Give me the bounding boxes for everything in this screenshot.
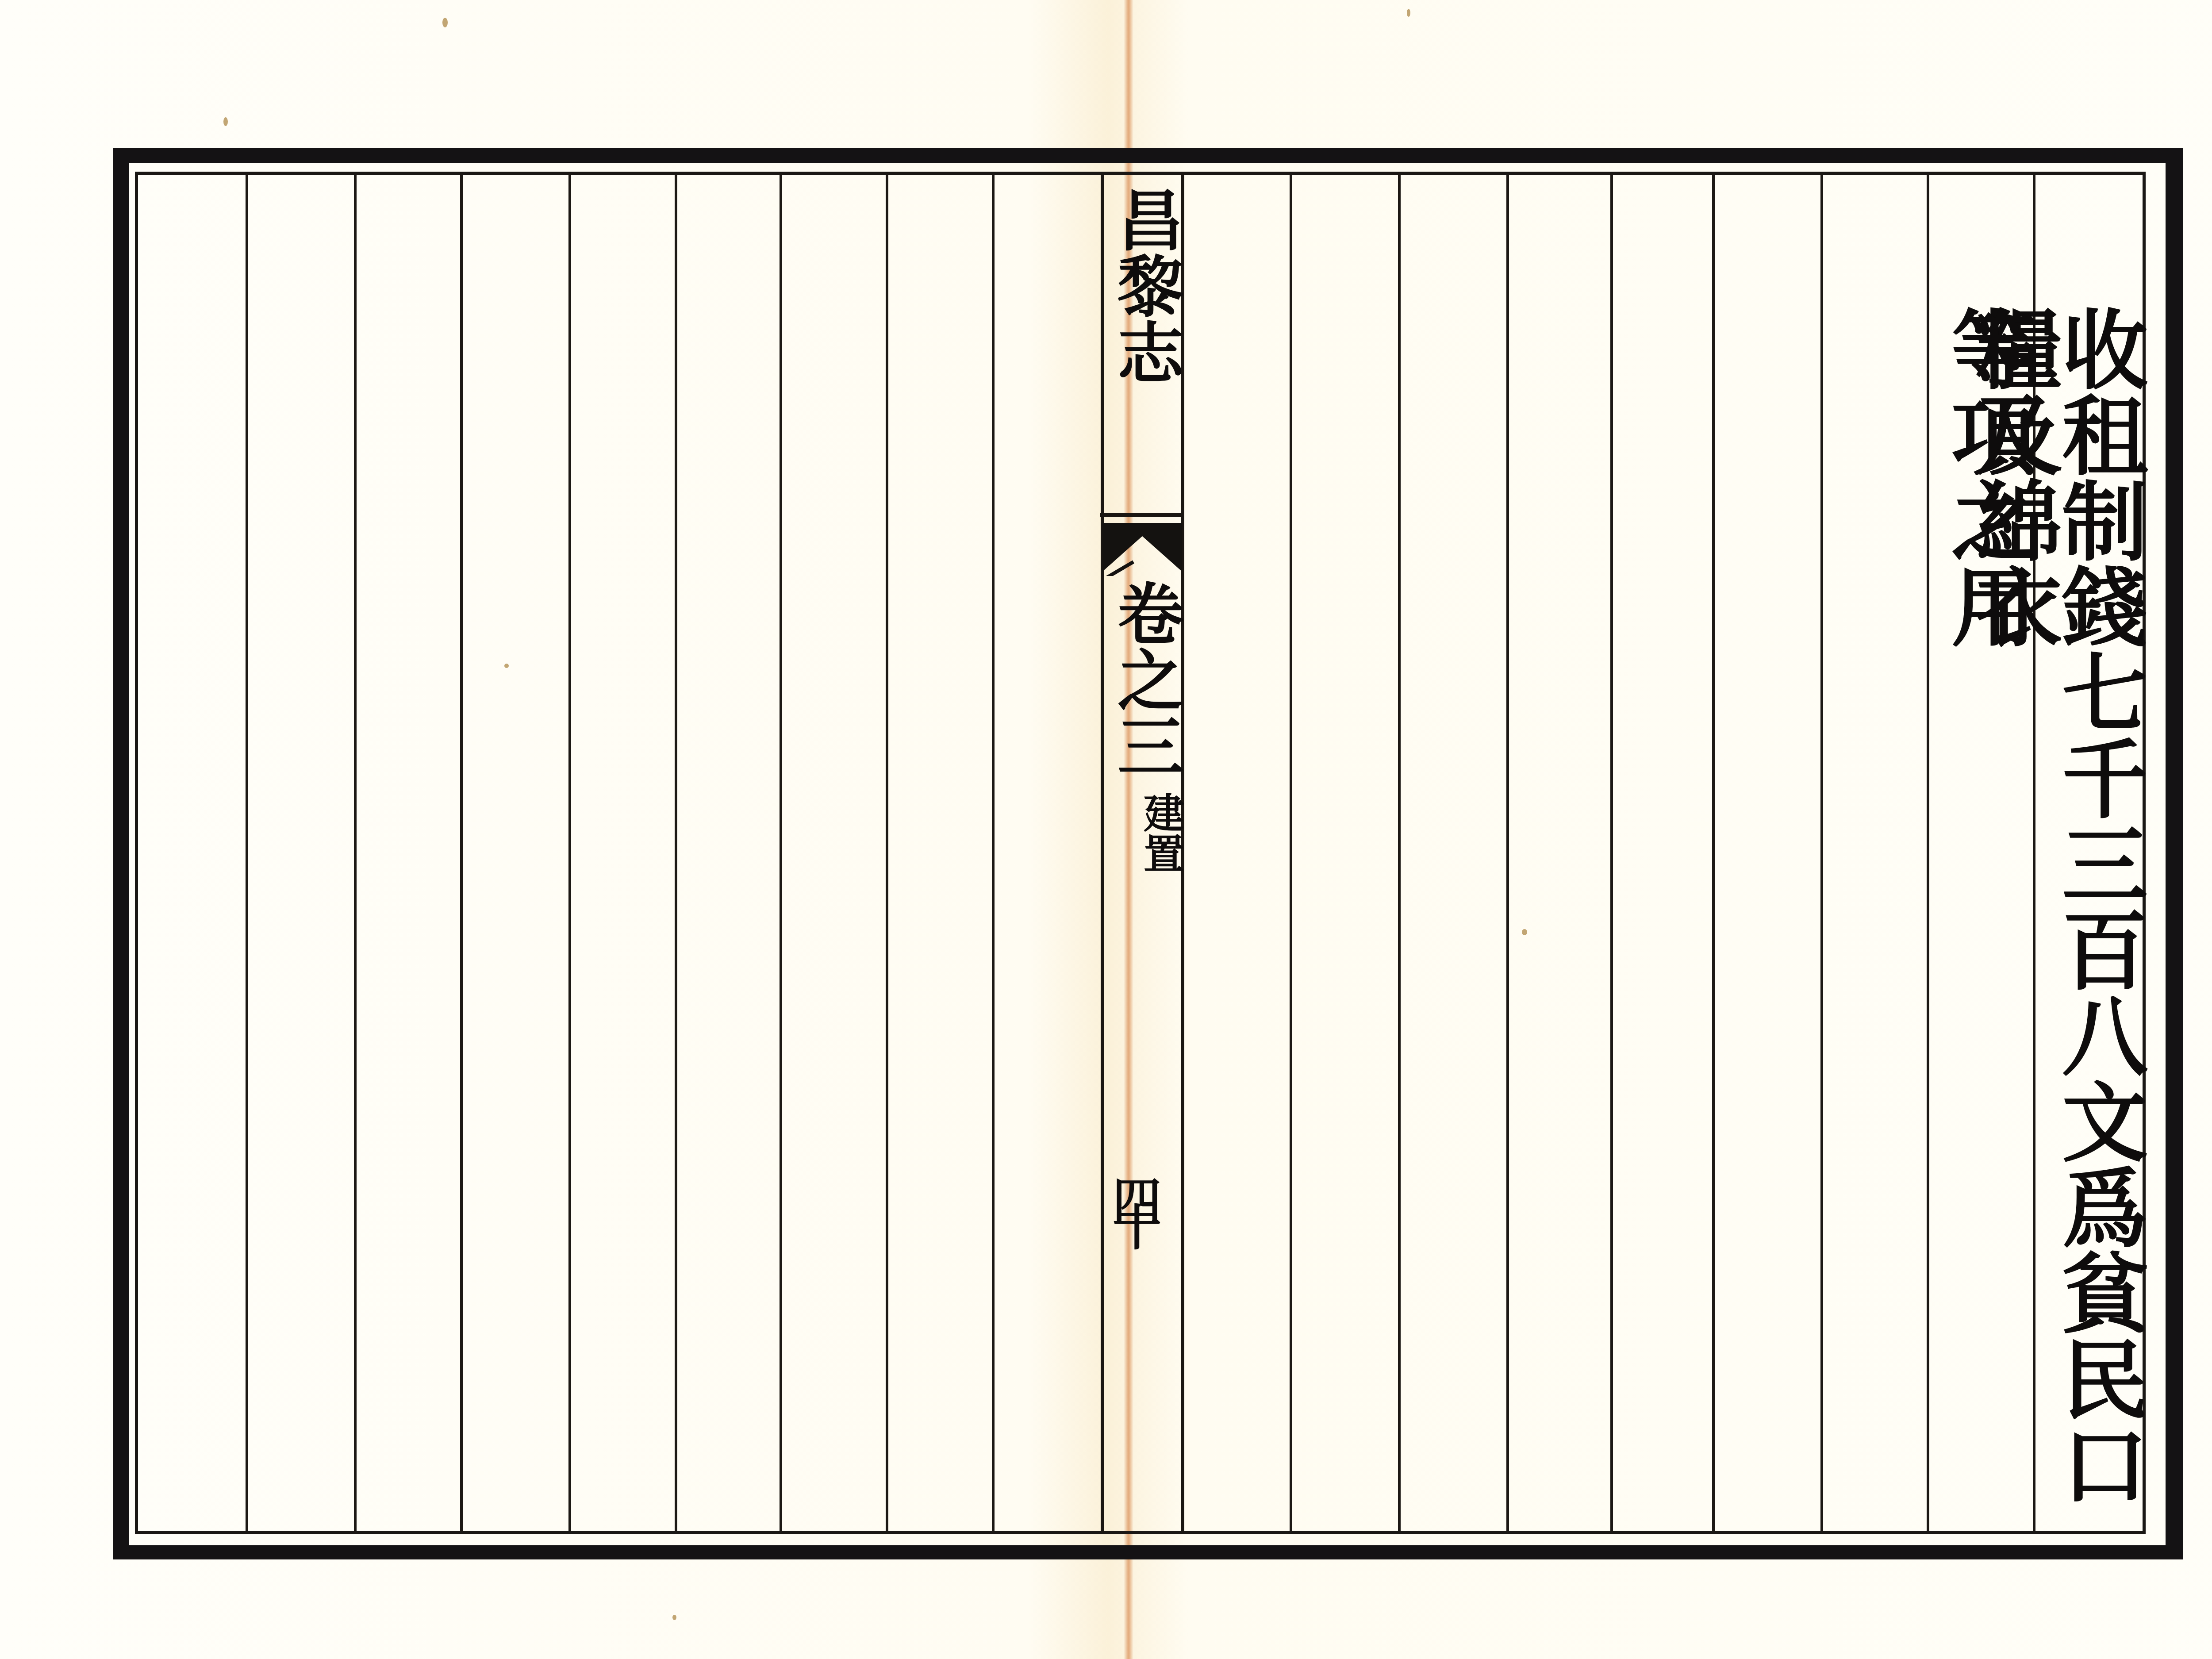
column-rule (246, 173, 248, 1533)
text-column-1: 收租制錢七千三百八文爲貧民口糧及綿衣 (2053, 305, 2141, 1544)
paper-speck (223, 117, 228, 126)
column-rule (886, 173, 888, 1533)
paper-speck (672, 1615, 676, 1620)
column-rule (1506, 173, 1509, 1533)
column-rule (992, 173, 995, 1533)
column-rule (1398, 173, 1401, 1533)
column-rule (780, 173, 782, 1533)
black-fishtail-icon (1102, 523, 1182, 576)
fishtail-top-bar (1100, 513, 1184, 517)
column-rule (1610, 173, 1613, 1533)
column-rule (354, 173, 357, 1533)
paper-speck (1407, 9, 1410, 17)
paper-speck (442, 18, 448, 27)
page-number-bottom: 十 (1108, 1215, 1166, 1242)
column-rule (675, 173, 677, 1533)
column-rule (1927, 173, 1929, 1533)
column-rule (1290, 173, 1292, 1533)
column-rule (568, 173, 571, 1533)
column-rule (1820, 173, 1823, 1533)
banxin-page-number: 四 十 (1108, 1188, 1166, 1241)
text-column-2: 等項之用 (1942, 305, 2031, 659)
column-rule (1712, 173, 1715, 1533)
banxin-left-rule (1101, 173, 1104, 1533)
banxin-volume: 卷之三 (1105, 580, 1178, 779)
column-rule (460, 173, 463, 1533)
banxin-book-title: 昌黎志 (1105, 186, 1178, 385)
banxin-section: 建置 (1139, 792, 1181, 873)
